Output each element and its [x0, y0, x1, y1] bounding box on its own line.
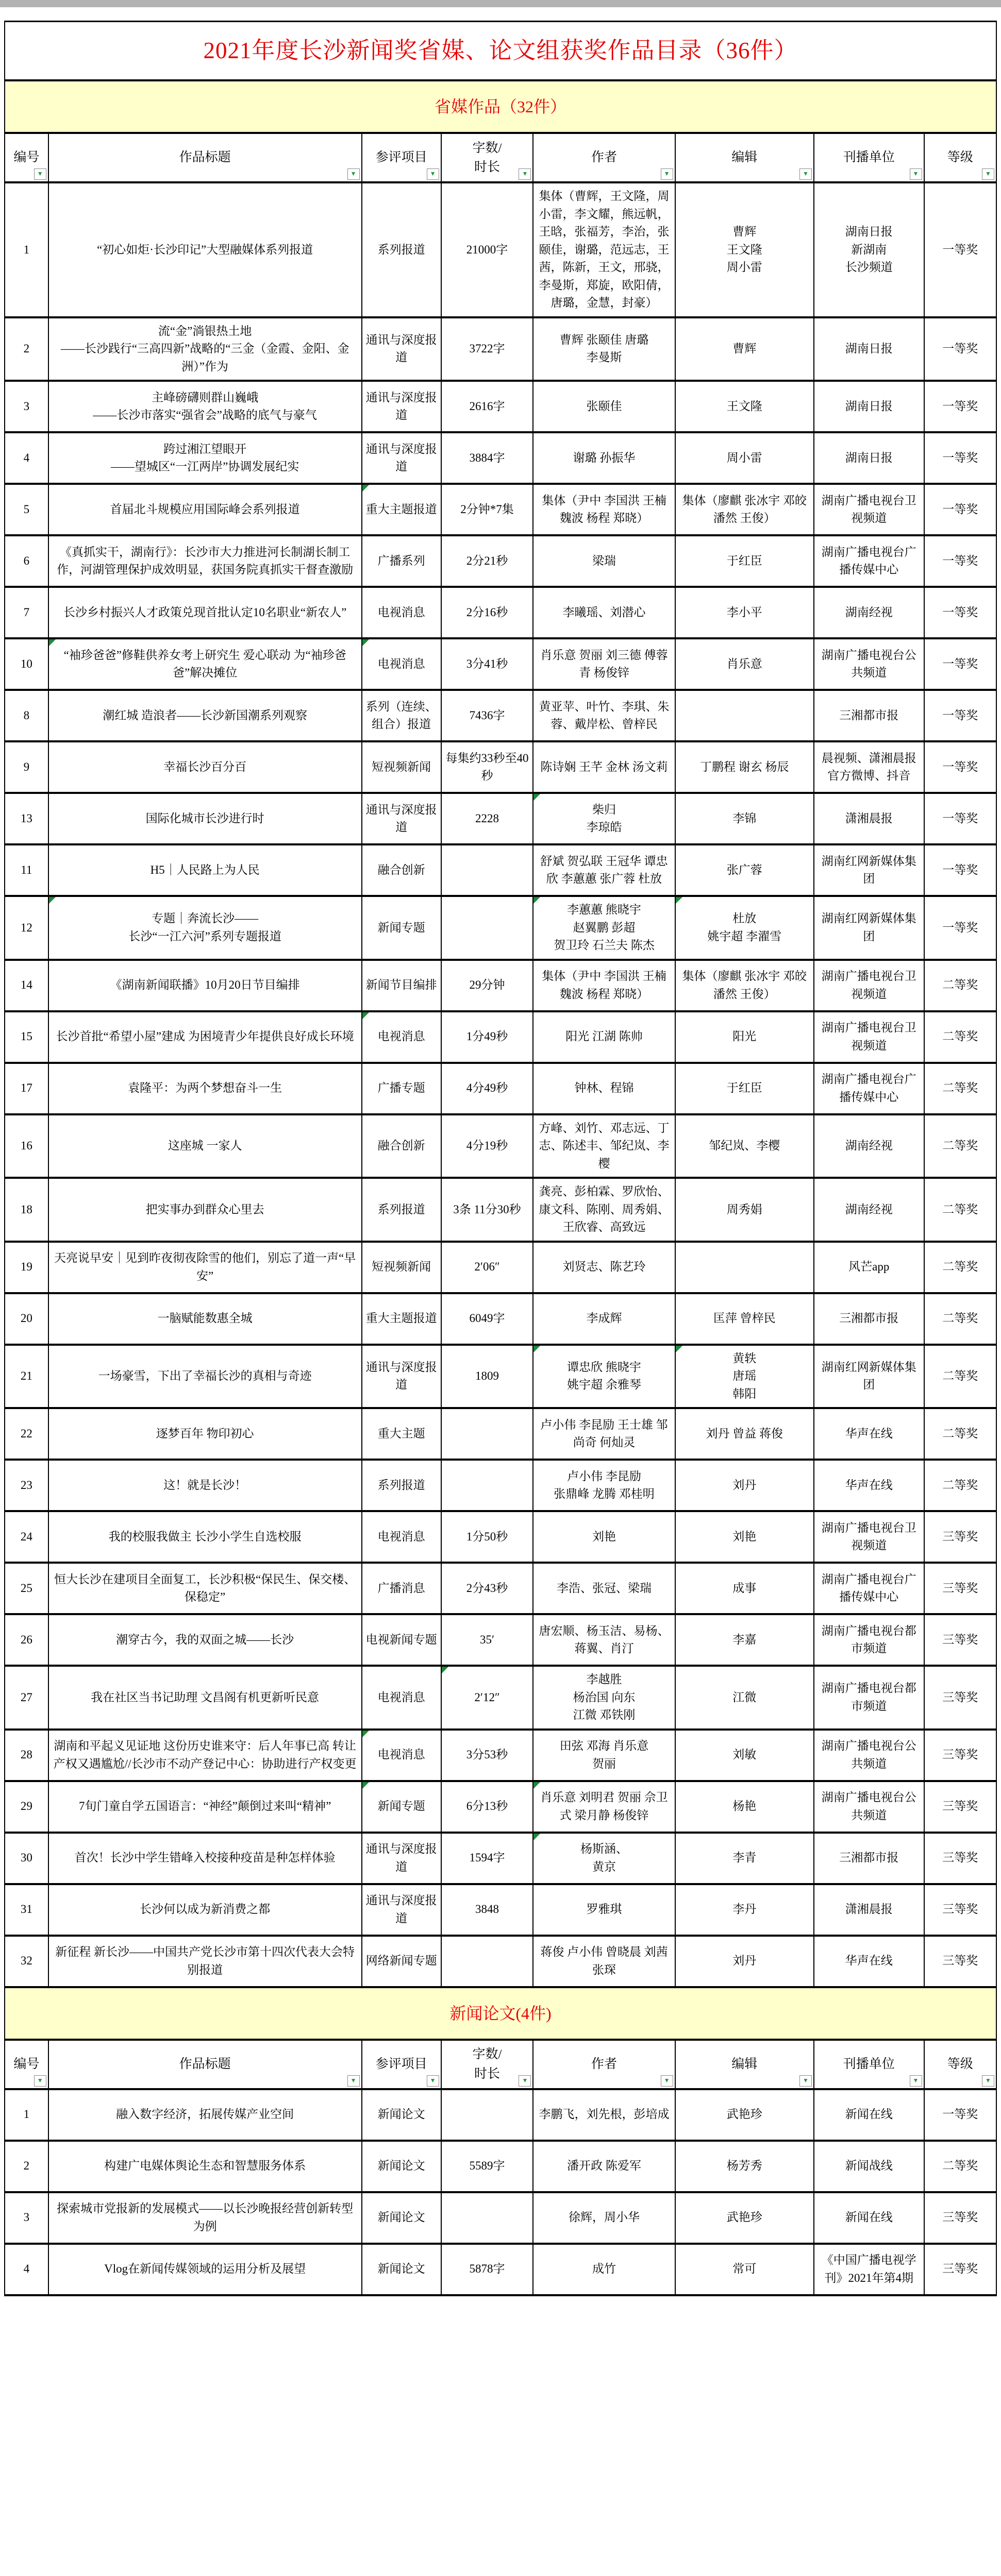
cell-authors: 方峰、刘竹、邓志远、丁志、陈述丰、邹纪岚、李樱	[533, 1114, 675, 1178]
cell-award: 二等奖	[924, 2141, 997, 2192]
cell-no: 23	[5, 1460, 48, 1511]
cell-no: 12	[5, 896, 48, 960]
cell-no: 4	[5, 432, 48, 484]
cell-category: 新闻论文	[362, 2089, 441, 2141]
cell-editors: 王文隆	[675, 381, 814, 432]
filter-dropdown-icon[interactable]: ▼	[799, 2075, 812, 2087]
cell-title: 天亮说早安｜见到昨夜彻夜除雪的他们，别忘了道一声“早安”	[48, 1242, 362, 1293]
table-row: 28湖南和平起义见证地 这份历史谁来守：后人年事已高 转让产权又遇尴尬//长沙市…	[5, 1730, 996, 1781]
cell-no: 3	[5, 2192, 48, 2244]
cell-title: 构建广电媒体舆论生态和智慧服务体系	[48, 2141, 362, 2192]
column-header-row: 编号▼作品标题▼参评项目▼字数/ 时长▼作者▼编辑▼刊播单位▼等级▼	[5, 2040, 996, 2089]
cell-authors: 李蕙蕙 熊晓宇 赵翼鹏 彭超 贺卫玲 石兰夫 陈杰	[533, 896, 675, 960]
cell-category: 电视消息	[362, 1730, 441, 1781]
cell-title: 一场豪雪，下出了幸福长沙的真相与奇迹	[48, 1345, 362, 1409]
filter-dropdown-icon[interactable]: ▼	[34, 2075, 46, 2087]
cell-publisher: 湖南广播电视台都市频道	[814, 1614, 924, 1666]
cell-editors: 曹辉	[675, 317, 814, 381]
cell-category: 新闻节目编排	[362, 960, 441, 1011]
cell-title: 长沙首批“希望小屋”建成 为困境青少年提供良好成长环境	[48, 1011, 362, 1063]
cell-length: 2228	[441, 793, 533, 844]
cell-title: 幸福长沙百分百	[48, 741, 362, 793]
col-header-length: 字数/ 时长▼	[441, 2040, 533, 2089]
cell-length: 35′	[441, 1614, 533, 1666]
col-header-publisher: 刊播单位▼	[814, 133, 924, 182]
table-row: 25恒大长沙在建项目全面复工，长沙积极“保民生、保交楼、保稳定”广播消息2分43…	[5, 1563, 996, 1614]
cell-length: 2分钟*7集	[441, 484, 533, 535]
cell-title: 融入数字经济，拓展传媒产业空间	[48, 2089, 362, 2141]
cell-editors: 刘敏	[675, 1730, 814, 1781]
cell-publisher: 新闻战线	[814, 2141, 924, 2192]
cell-length: 2分21秒	[441, 535, 533, 587]
cell-category: 电视新闻专题	[362, 1614, 441, 1666]
col-header-authors: 作者▼	[533, 2040, 675, 2089]
col-header-label: 编辑	[731, 150, 757, 164]
cell-category: 融合创新	[362, 844, 441, 896]
cell-award: 三等奖	[924, 1884, 997, 1936]
table-row: 6《真抓实干，湖南行》：长沙市大力推进河长制湖长制工作，河湖管理保护成效明显，获…	[5, 535, 996, 587]
cell-editors: 李丹	[675, 1884, 814, 1936]
cell-authors: 刘艳	[533, 1511, 675, 1563]
cell-title: 首次！长沙中学生错峰入校接种疫苗是种怎样体验	[48, 1833, 362, 1884]
col-header-label: 刊播单位	[843, 150, 895, 164]
cell-publisher: 湖南红网新媒体集团	[814, 844, 924, 896]
cell-length: 2分16秒	[441, 587, 533, 638]
col-header-label: 刊播单位	[843, 2057, 895, 2071]
table-row: 16这座城 一家人融合创新4分19秒方峰、刘竹、邓志远、丁志、陈述丰、邹纪岚、李…	[5, 1114, 996, 1178]
table-row: 32新征程 新长沙——中国共产党长沙市第十四次代表大会特别报道网络新闻专题蒋俊 …	[5, 1936, 996, 1987]
cell-no: 17	[5, 1063, 48, 1114]
cell-award: 二等奖	[924, 1242, 997, 1293]
cell-category: 通讯与深度报道	[362, 1884, 441, 1936]
cell-length: 3条 11分30秒	[441, 1178, 533, 1242]
col-header-no: 编号▼	[5, 2040, 48, 2089]
cell-length	[441, 2192, 533, 2244]
filter-dropdown-icon[interactable]: ▼	[799, 168, 812, 180]
cell-authors: 唐宏顺、杨玉洁、易杨、蒋翼、肖汀	[533, 1614, 675, 1666]
cell-no: 5	[5, 484, 48, 535]
cell-no: 1	[5, 182, 48, 317]
cell-award: 二等奖	[924, 1345, 997, 1409]
cell-no: 25	[5, 1563, 48, 1614]
col-header-length: 字数/ 时长▼	[441, 133, 533, 182]
col-header-label: 字数/ 时长	[473, 141, 502, 175]
cell-authors: 刘贤志、陈艺玲	[533, 1242, 675, 1293]
cell-publisher: 三湘都市报	[814, 1293, 924, 1345]
cell-category: 新闻专题	[362, 896, 441, 960]
table-row: 19天亮说早安｜见到昨夜彻夜除雪的他们，别忘了道一声“早安”短视频新闻2′06″…	[5, 1242, 996, 1293]
cell-length	[441, 1408, 533, 1460]
filter-dropdown-icon[interactable]: ▼	[982, 2075, 994, 2087]
cell-authors: 钟林、程锦	[533, 1063, 675, 1114]
cell-no: 13	[5, 793, 48, 844]
col-header-title: 作品标题▼	[48, 2040, 362, 2089]
cell-length: 3分53秒	[441, 1730, 533, 1781]
cell-editors: 阳光	[675, 1011, 814, 1063]
cell-title: 长沙何以成为新消费之都	[48, 1884, 362, 1936]
col-header-label: 编号	[13, 2057, 39, 2071]
cell-publisher: 湖南日报	[814, 381, 924, 432]
cell-no: 16	[5, 1114, 48, 1178]
table-row: 3探索城市党报新的发展模式——以长沙晚报经营创新转型为例新闻论文徐辉，周小华武艳…	[5, 2192, 996, 2244]
cell-award: 三等奖	[924, 1936, 997, 1987]
col-header-editors: 编辑▼	[675, 133, 814, 182]
cell-category: 通讯与深度报道	[362, 432, 441, 484]
cell-authors: 阳光 江湖 陈帅	[533, 1011, 675, 1063]
cell-no: 1	[5, 2089, 48, 2141]
cell-no: 30	[5, 1833, 48, 1884]
cell-title: 探索城市党报新的发展模式——以长沙晚报经营创新转型为例	[48, 2192, 362, 2244]
cell-length: 5878字	[441, 2244, 533, 2295]
cell-editors: 曹辉 王文隆 周小雷	[675, 182, 814, 317]
filter-dropdown-icon[interactable]: ▼	[347, 2075, 360, 2087]
cell-no: 9	[5, 741, 48, 793]
cell-award: 二等奖	[924, 1063, 997, 1114]
cell-title: 国际化城市长沙进行时	[48, 793, 362, 844]
cell-publisher: 三湘都市报	[814, 1833, 924, 1884]
filter-dropdown-icon[interactable]: ▼	[910, 2075, 922, 2087]
cell-editors: 刘丹	[675, 1460, 814, 1511]
cell-category: 系列报道	[362, 182, 441, 317]
cell-title: 这座城 一家人	[48, 1114, 362, 1178]
page-title: 2021年度长沙新闻奖省媒、论文组获奖作品目录（36件）	[5, 22, 996, 81]
cell-publisher: 新闻在线	[814, 2192, 924, 2244]
cell-length: 3884字	[441, 432, 533, 484]
cell-award: 三等奖	[924, 1666, 997, 1730]
cell-no: 18	[5, 1178, 48, 1242]
cell-category: 广播专题	[362, 1063, 441, 1114]
cell-award: 二等奖	[924, 1011, 997, 1063]
cell-length: 4分19秒	[441, 1114, 533, 1178]
cell-category: 通讯与深度报道	[362, 1345, 441, 1409]
cell-authors: 梁瑞	[533, 535, 675, 587]
col-header-label: 作品标题	[179, 2057, 231, 2071]
table-row: 30首次！长沙中学生错峰入校接种疫苗是种怎样体验通讯与深度报道1594字杨斯涵、…	[5, 1833, 996, 1884]
cell-length: 3848	[441, 1884, 533, 1936]
table-row: 11H5｜人民路上为人民融合创新舒斌 贺弘联 王冠华 谭忠欣 李蕙蕙 张广蓉 杜…	[5, 844, 996, 896]
table-row: 5首届北斗规模应用国际峰会系列报道重大主题报道2分钟*7集集体（尹中 李国洪 王…	[5, 484, 996, 535]
table-row: 17袁隆平：为两个梦想奋斗一生广播专题4分49秒钟林、程锦于红臣湖南广播电视台广…	[5, 1063, 996, 1114]
filter-dropdown-icon[interactable]: ▼	[519, 168, 531, 180]
cell-editors: 丁鹏程 谢玄 杨辰	[675, 741, 814, 793]
filter-dropdown-icon[interactable]: ▼	[910, 168, 922, 180]
cell-editors: 周秀娟	[675, 1178, 814, 1242]
cell-award: 一等奖	[924, 638, 997, 690]
filter-dropdown-icon[interactable]: ▼	[427, 2075, 439, 2087]
cell-editors: 张广蓉	[675, 844, 814, 896]
table-row: 3主峰磅礴则群山巍峨 ——长沙市落实“强省会”战略的底气与豪气通讯与深度报道26…	[5, 381, 996, 432]
cell-authors: 肖乐意 贺丽 刘三德 傅蓉青 杨俊锌	[533, 638, 675, 690]
cell-authors: 蒋俊 卢小伟 曾晓晨 刘茜 张琛	[533, 1936, 675, 1987]
cell-award: 一等奖	[924, 690, 997, 741]
table-row: 13国际化城市长沙进行时通讯与深度报道2228柴归 李琼皓李锦潇湘晨报一等奖	[5, 793, 996, 844]
table-row: 14《湖南新闻联播》10月20日节目编排新闻节目编排29分钟集体（尹中 李国洪 …	[5, 960, 996, 1011]
cell-authors: 田弦 邓海 肖乐意 贺丽	[533, 1730, 675, 1781]
cell-editors: 杜放 姚宇超 李濯雪	[675, 896, 814, 960]
cell-award: 三等奖	[924, 1781, 997, 1833]
top-strip	[0, 0, 1001, 7]
filter-dropdown-icon[interactable]: ▼	[982, 168, 994, 180]
cell-editors: 集体（廖麒 张冰宇 邓皎 潘然 王俊）	[675, 960, 814, 1011]
cell-publisher: 晨视频、潇湘晨报官方微博、抖音	[814, 741, 924, 793]
cell-authors: 集体（尹中 李国洪 王楠 魏波 杨程 郑晓）	[533, 484, 675, 535]
cell-authors: 李鹏飞，刘先根，彭培成	[533, 2089, 675, 2141]
cell-publisher: 湖南经视	[814, 1114, 924, 1178]
cell-title: 潮穿古今，我的双面之城——长沙	[48, 1614, 362, 1666]
cell-length	[441, 1936, 533, 1987]
col-header-label: 参评项目	[376, 2057, 427, 2071]
table-row: 2流“金”淌银热土地 ——长沙践行“三高四新”战略的“三金（金霞、金阳、金洲）”…	[5, 317, 996, 381]
cell-category: 通讯与深度报道	[362, 381, 441, 432]
col-header-label: 等级	[947, 2057, 973, 2071]
cell-editors: 李嘉	[675, 1614, 814, 1666]
cell-length: 1594字	[441, 1833, 533, 1884]
cell-length: 6分13秒	[441, 1781, 533, 1833]
cell-authors: 徐辉，周小华	[533, 2192, 675, 2244]
cell-length: 6049字	[441, 1293, 533, 1345]
cell-category: 电视消息	[362, 1666, 441, 1730]
cell-publisher: 湖南广播电视台卫视频道	[814, 1011, 924, 1063]
cell-no: 32	[5, 1936, 48, 1987]
cell-editors: 周小雷	[675, 432, 814, 484]
cell-publisher: 华声在线	[814, 1408, 924, 1460]
sheet: 2021年度长沙新闻奖省媒、论文组获奖作品目录（36件） 省媒作品（32件）编号…	[0, 7, 1001, 2312]
filter-dropdown-icon[interactable]: ▼	[34, 168, 46, 180]
table-row: 7长沙乡村振兴人才政策兑现首批认定10名职业“新农人”电视消息2分16秒李曦瑶、…	[5, 587, 996, 638]
cell-category: 融合创新	[362, 1114, 441, 1178]
col-header-label: 编辑	[731, 2057, 757, 2071]
cell-publisher: 湖南广播电视台公共频道	[814, 1730, 924, 1781]
col-header-label: 等级	[947, 150, 973, 164]
cell-title: 逐梦百年 物印初心	[48, 1408, 362, 1460]
cell-publisher: 潇湘晨报	[814, 793, 924, 844]
cell-category: 电视消息	[362, 1011, 441, 1063]
filter-dropdown-icon[interactable]: ▼	[661, 168, 673, 180]
cell-title: 我在社区当书记助理 文昌阁有机更新听民意	[48, 1666, 362, 1730]
cell-title: 这！就是长沙！	[48, 1460, 362, 1511]
cell-title: 首届北斗规模应用国际峰会系列报道	[48, 484, 362, 535]
cell-authors: 张颐佳	[533, 381, 675, 432]
cell-no: 24	[5, 1511, 48, 1563]
cell-title: 袁隆平：为两个梦想奋斗一生	[48, 1063, 362, 1114]
cell-title: 新征程 新长沙——中国共产党长沙市第十四次代表大会特别报道	[48, 1936, 362, 1987]
cell-length: 2616字	[441, 381, 533, 432]
cell-award: 一等奖	[924, 2089, 997, 2141]
cell-award: 一等奖	[924, 182, 997, 317]
cell-authors: 陈诗娴 王芊 金林 汤文莉	[533, 741, 675, 793]
cell-no: 14	[5, 960, 48, 1011]
cell-award: 三等奖	[924, 1614, 997, 1666]
cell-editors: 刘丹 曾益 蒋俊	[675, 1408, 814, 1460]
cell-authors: 谢璐 孙振华	[533, 432, 675, 484]
cell-editors	[675, 690, 814, 741]
cell-award: 一等奖	[924, 844, 997, 896]
col-header-no: 编号▼	[5, 133, 48, 182]
cell-award: 三等奖	[924, 1563, 997, 1614]
col-header-award: 等级▼	[924, 133, 997, 182]
table-row: 22逐梦百年 物印初心重大主题卢小伟 李昆励 王士雄 邹尚奇 何灿灵刘丹 曾益 …	[5, 1408, 996, 1460]
cell-category: 电视消息	[362, 1511, 441, 1563]
cell-category: 电视消息	[362, 587, 441, 638]
table-row: 2构建广电媒体舆论生态和智慧服务体系新闻论文5589字潘开政 陈爱军杨芳秀新闻战…	[5, 2141, 996, 2192]
cell-title: Vlog在新闻传媒领域的运用分析及展望	[48, 2244, 362, 2295]
cell-no: 20	[5, 1293, 48, 1345]
cell-length: 1分49秒	[441, 1011, 533, 1063]
table-row: 9幸福长沙百分百短视频新闻每集约33秒至40秒陈诗娴 王芊 金林 汤文莉丁鹏程 …	[5, 741, 996, 793]
cell-length: 29分钟	[441, 960, 533, 1011]
awards-table: 2021年度长沙新闻奖省媒、论文组获奖作品目录（36件） 省媒作品（32件）编号…	[4, 21, 997, 2296]
cell-authors: 柴归 李琼皓	[533, 793, 675, 844]
cell-no: 19	[5, 1242, 48, 1293]
filter-dropdown-icon[interactable]: ▼	[519, 2075, 531, 2087]
cell-editors: 李锦	[675, 793, 814, 844]
filter-dropdown-icon[interactable]: ▼	[661, 2075, 673, 2087]
cell-award: 一等奖	[924, 587, 997, 638]
cell-editors: 于红臣	[675, 535, 814, 587]
cell-category: 电视消息	[362, 638, 441, 690]
cell-publisher: 湖南红网新媒体集团	[814, 1345, 924, 1409]
cell-publisher: 华声在线	[814, 1460, 924, 1511]
table-row: 20一脑赋能数惠全城重大主题报道6049字李成辉匡萍 曾梓民三湘都市报二等奖	[5, 1293, 996, 1345]
cell-length: 每集约33秒至40秒	[441, 741, 533, 793]
cell-publisher: 湖南日报	[814, 432, 924, 484]
cell-editors: 武艳珍	[675, 2089, 814, 2141]
cell-length	[441, 1460, 533, 1511]
cell-no: 28	[5, 1730, 48, 1781]
table-row: 4跨过湘江望眼开 ——望城区“一江两岸”协调发展纪实通讯与深度报道3884字谢璐…	[5, 432, 996, 484]
table-row: 297旬门童自学五国语言：“神经”颠倒过来叫“精神”新闻专题6分13秒肖乐意 刘…	[5, 1781, 996, 1833]
cell-title: 恒大长沙在建项目全面复工，长沙积极“保民生、保交楼、保稳定”	[48, 1563, 362, 1614]
cell-publisher: 湖南红网新媒体集团	[814, 896, 924, 960]
cell-title: “袖珍爸爸”修鞋供养女考上研究生 爱心联动 为“袖珍爸爸”解决摊位	[48, 638, 362, 690]
cell-authors: 李越胜 杨治国 向东 江微 邓铁刚	[533, 1666, 675, 1730]
cell-category: 重大主题报道	[362, 1293, 441, 1345]
col-header-label: 作品标题	[179, 150, 231, 164]
cell-award: 一等奖	[924, 381, 997, 432]
cell-award: 二等奖	[924, 1408, 997, 1460]
cell-length: 2′12″	[441, 1666, 533, 1730]
cell-title: 主峰磅礴则群山巍峨 ——长沙市落实“强省会”战略的底气与豪气	[48, 381, 362, 432]
cell-publisher: 湖南广播电视台公共频道	[814, 1781, 924, 1833]
filter-dropdown-icon[interactable]: ▼	[427, 168, 439, 180]
cell-category: 广播系列	[362, 535, 441, 587]
cell-category: 短视频新闻	[362, 741, 441, 793]
cell-no: 2	[5, 317, 48, 381]
cell-title: 湖南和平起义见证地 这份历史谁来守：后人年事已高 转让产权又遇尴尬//长沙市不动…	[48, 1730, 362, 1781]
col-header-editors: 编辑▼	[675, 2040, 814, 2089]
cell-category: 短视频新闻	[362, 1242, 441, 1293]
table-row: 18把实事办到群众心里去系列报道3条 11分30秒龚亮、彭柏霖、罗欣怡、康文科、…	[5, 1178, 996, 1242]
cell-no: 8	[5, 690, 48, 741]
cell-publisher: 湖南经视	[814, 587, 924, 638]
filter-dropdown-icon[interactable]: ▼	[347, 168, 360, 180]
cell-title: 把实事办到群众心里去	[48, 1178, 362, 1242]
table-row: 23这！就是长沙！系列报道卢小伟 李昆励 张鼎峰 龙腾 邓桂明刘丹华声在线二等奖	[5, 1460, 996, 1511]
cell-award: 三等奖	[924, 1511, 997, 1563]
cell-category: 新闻专题	[362, 1781, 441, 1833]
cell-authors: 舒斌 贺弘联 王冠华 谭忠欣 李蕙蕙 张广蓉 杜放	[533, 844, 675, 896]
cell-authors: 成竹	[533, 2244, 675, 2295]
table-row: 4Vlog在新闻传媒领域的运用分析及展望新闻论文5878字成竹常可《中国广播电视…	[5, 2244, 996, 2295]
cell-no: 6	[5, 535, 48, 587]
cell-editors: 杨艳	[675, 1781, 814, 1833]
col-header-category: 参评项目▼	[362, 2040, 441, 2089]
cell-award: 三等奖	[924, 1730, 997, 1781]
cell-editors: 江微	[675, 1666, 814, 1730]
cell-category: 新闻论文	[362, 2192, 441, 2244]
cell-no: 7	[5, 587, 48, 638]
cell-authors: 李浩、张冠、梁瑞	[533, 1563, 675, 1614]
cell-publisher: 华声在线	[814, 1936, 924, 1987]
cell-no: 2	[5, 2141, 48, 2192]
cell-no: 11	[5, 844, 48, 896]
cell-editors: 武艳珍	[675, 2192, 814, 2244]
cell-category: 通讯与深度报道	[362, 317, 441, 381]
cell-authors: 曹辉 张颐佳 唐璐 李曼斯	[533, 317, 675, 381]
cell-award: 三等奖	[924, 1833, 997, 1884]
section-row: 新闻论文(4件)	[5, 1987, 996, 2040]
cell-editors: 肖乐意	[675, 638, 814, 690]
col-header-label: 字数/ 时长	[473, 2047, 502, 2081]
table-row: 10“袖珍爸爸”修鞋供养女考上研究生 爱心联动 为“袖珍爸爸”解决摊位电视消息3…	[5, 638, 996, 690]
cell-award: 二等奖	[924, 1114, 997, 1178]
cell-no: 22	[5, 1408, 48, 1460]
col-header-title: 作品标题▼	[48, 133, 362, 182]
cell-category: 新闻论文	[362, 2141, 441, 2192]
column-header-row: 编号▼作品标题▼参评项目▼字数/ 时长▼作者▼编辑▼刊播单位▼等级▼	[5, 133, 996, 182]
title-row: 2021年度长沙新闻奖省媒、论文组获奖作品目录（36件）	[5, 22, 996, 81]
cell-authors: 黄亚苹、叶竹、李琪、朱蓉、戴岸松、曾梓民	[533, 690, 675, 741]
cell-length	[441, 844, 533, 896]
cell-award: 一等奖	[924, 793, 997, 844]
cell-editors: 集体（廖麒 张冰宇 邓皎 潘然 王俊）	[675, 484, 814, 535]
cell-category: 系列报道	[362, 1460, 441, 1511]
cell-length: 3分41秒	[441, 638, 533, 690]
cell-length	[441, 896, 533, 960]
cell-authors: 潘开政 陈爱军	[533, 2141, 675, 2192]
cell-publisher: 湖南广播电视台广播传媒中心	[814, 535, 924, 587]
table-row: 27我在社区当书记助理 文昌阁有机更新听民意电视消息2′12″李越胜 杨治国 向…	[5, 1666, 996, 1730]
cell-award: 二等奖	[924, 1293, 997, 1345]
cell-editors: 黄轶 唐瑶 韩阳	[675, 1345, 814, 1409]
cell-publisher: 湖南广播电视台广播传媒中心	[814, 1063, 924, 1114]
cell-publisher: 湖南广播电视台都市频道	[814, 1666, 924, 1730]
col-header-label: 作者	[591, 150, 617, 164]
cell-length: 1分50秒	[441, 1511, 533, 1563]
cell-no: 10	[5, 638, 48, 690]
cell-award: 一等奖	[924, 484, 997, 535]
cell-length: 4分49秒	[441, 1063, 533, 1114]
cell-title: 流“金”淌银热土地 ——长沙践行“三高四新”战略的“三金（金霞、金阳、金洲）”作…	[48, 317, 362, 381]
cell-editors: 刘艳	[675, 1511, 814, 1563]
col-header-authors: 作者▼	[533, 133, 675, 182]
cell-publisher: 湖南广播电视台卫视频道	[814, 1511, 924, 1563]
section-row: 省媒作品（32件）	[5, 80, 996, 133]
cell-length: 7436字	[441, 690, 533, 741]
cell-editors: 邹纪岚、李樱	[675, 1114, 814, 1178]
cell-publisher: 潇湘晨报	[814, 1884, 924, 1936]
table-row: 1融入数字经济，拓展传媒产业空间新闻论文李鹏飞，刘先根，彭培成武艳珍新闻在线一等…	[5, 2089, 996, 2141]
cell-editors: 于红臣	[675, 1063, 814, 1114]
cell-publisher: 湖南广播电视台广播传媒中心	[814, 1563, 924, 1614]
cell-category: 系列（连续、组合）报道	[362, 690, 441, 741]
table-row: 26潮穿古今，我的双面之城——长沙电视新闻专题35′唐宏顺、杨玉洁、易杨、蒋翼、…	[5, 1614, 996, 1666]
cell-no: 31	[5, 1884, 48, 1936]
col-header-publisher: 刊播单位▼	[814, 2040, 924, 2089]
cell-category: 系列报道	[362, 1178, 441, 1242]
cell-award: 一等奖	[924, 432, 997, 484]
cell-publisher: 湖南日报 新湖南 长沙频道	[814, 182, 924, 317]
